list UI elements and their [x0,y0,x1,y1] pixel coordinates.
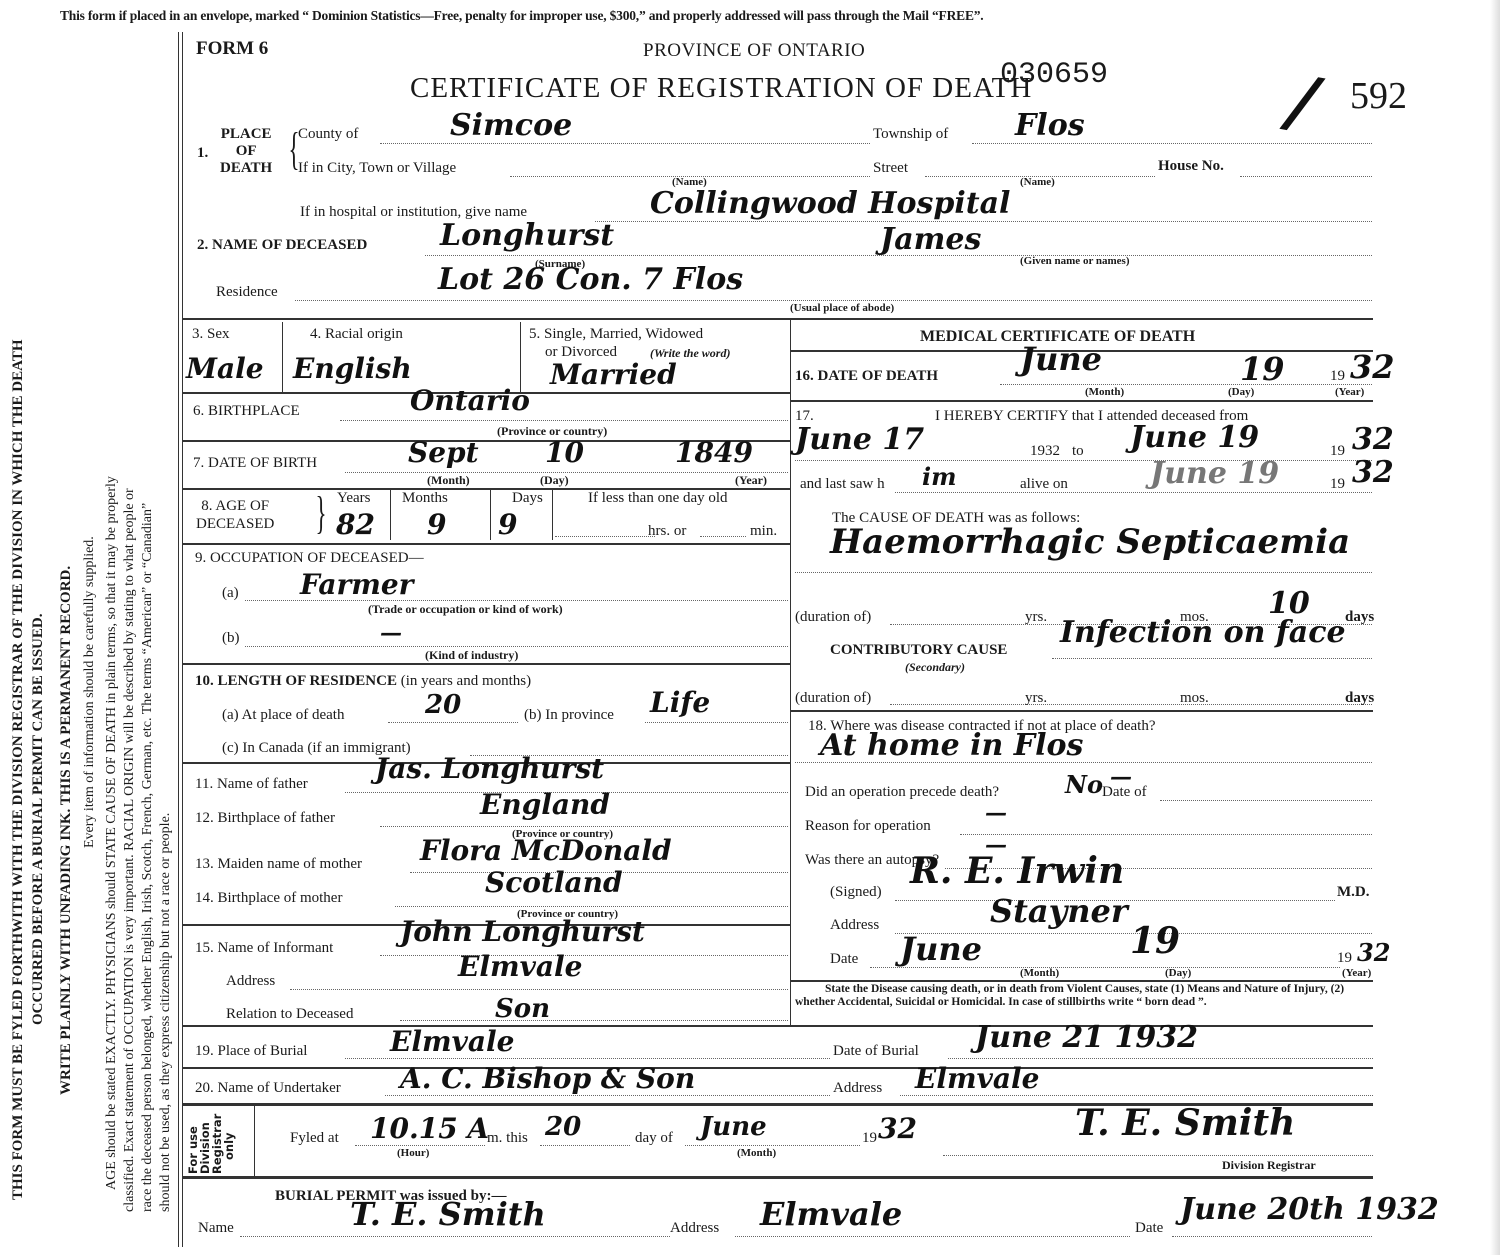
year-prefix: 19 [1337,950,1352,967]
residence-province-label: (b) In province [524,707,614,724]
age-years-field[interactable]: 82 [336,508,375,541]
informant-name-label: 15. Name of Informant [195,940,333,957]
month-hint: (Month) [427,473,470,488]
contributory-cause-field[interactable]: Infection on face [1060,616,1380,650]
minutes-label: min. [750,523,777,540]
certificate-date-day[interactable]: 19 [1130,920,1180,962]
residence-hint: (Usual place of abode) [790,302,894,314]
duration-label-2: (duration of) [795,690,871,707]
residence-province-field[interactable]: Life [650,686,710,719]
sex-label: 3. Sex [192,326,230,343]
operation-date-field[interactable]: — [1110,764,1132,790]
township-label: Township of [873,126,948,143]
month-hint: (Month) [1020,967,1059,979]
age-years-label: Years [337,490,370,507]
informant-address-field[interactable]: Elmvale [458,950,582,983]
occupation-b-label: (b) [222,630,240,647]
operation-label: Did an operation precede death? [805,784,999,801]
year-hint: (Year) [735,473,767,488]
age-months-label: Months [402,490,448,507]
form-number: FORM 6 [196,38,268,60]
year-prefix: 19 [1330,443,1345,460]
burial-place-label: 19. Place of Burial [195,1043,307,1060]
father-name-field[interactable]: Jas. Longhurst [375,752,604,785]
certificate-date-year[interactable]: 32 [1357,938,1390,967]
side-instruction-4: Every item of information should be care… [82,536,98,848]
occupation-hint: (Trade or occupation or kind of work) [368,602,563,617]
year-prefix: 19 [862,1130,877,1147]
residence-length-label: 10. LENGTH OF RESIDENCE (in years and mo… [195,673,531,690]
registrar-use-label: For use Division Registrar only [187,1114,235,1174]
permit-address-field[interactable]: Elmvale [760,1195,902,1233]
racial-origin-field[interactable]: English [293,352,412,385]
place-of-death-label: PLACE OF DEATH [220,126,272,177]
hospital-field[interactable]: Collingwood Hospital [650,186,1010,221]
year-prefix: 19 [1330,476,1345,493]
physician-address-label: Address [830,917,879,934]
page-number: 592 [1350,74,1407,118]
disease-contracted-field[interactable]: At home in Flos [820,728,1083,763]
operation-field[interactable]: No [1065,770,1103,799]
father-birthplace-label: 12. Birthplace of father [195,810,335,827]
day-hint: (Day) [1228,386,1254,398]
year-hint: (Year) [1342,967,1371,979]
dob-day-field[interactable]: 10 [545,436,584,469]
age-label: 8. AGE OF DECEASED [196,497,274,533]
age-months-field[interactable]: 9 [427,508,446,541]
md-label: M.D. [1337,884,1370,901]
dob-label: 7. DATE OF BIRTH [193,455,317,472]
side-instruction-2: OCCURRED BEFORE A BURIAL PERMIT CAN BE I… [30,614,47,1025]
hours-label: hrs. or [648,523,686,540]
occupation-label: 9. OCCUPATION OF DECEASED— [195,550,424,567]
residence-place-field[interactable]: 20 [425,690,461,720]
county-label: County of [298,126,358,143]
undertaker-address-label: Address [833,1080,882,1097]
last-saw-pronoun[interactable]: im [922,462,957,491]
informant-relation-field[interactable]: Son [495,994,550,1024]
medical-footnote: State the Disease causing death, or in d… [795,983,1380,1009]
last-saw-year-field[interactable]: 32 [1352,455,1394,490]
county-field[interactable]: Simcoe [450,108,572,143]
side-instruction-6: classified. Exact statement of OCCUPATIO… [122,488,138,1212]
yrs-label-2: yrs. [1025,690,1047,707]
permit-address-label: Address [670,1220,719,1237]
permit-name-label: Name [198,1220,234,1237]
deceased-name-label: 2. NAME OF DECEASED [197,237,367,254]
attended-from-field[interactable]: June 17 [795,422,924,457]
date-of-death-label: 16. DATE OF DEATH [795,368,938,385]
date-of-death-day[interactable]: 19 [1240,350,1285,388]
informant-address-label: Address [226,973,275,990]
burial-place-field[interactable]: Elmvale [390,1025,514,1058]
dob-month-field[interactable]: Sept [408,436,479,469]
marital-status-field[interactable]: Married [550,358,677,391]
fyled-year-field[interactable]: 32 [878,1112,917,1145]
contributory-hint: (Secondary) [905,660,965,675]
father-birthplace-field[interactable]: England [480,788,610,821]
permit-date-label: Date [1135,1220,1163,1237]
fyled-hour-field[interactable]: 10.15 A [370,1112,489,1145]
township-field[interactable]: Flos [1015,108,1085,143]
side-instruction-1: THIS FORM MUST BE FYLED FORTHWITH WITH T… [10,50,27,1200]
postal-notice: This form if placed in an envelope, mark… [60,8,983,24]
father-name-label: 11. Name of father [195,776,308,793]
physician-signature-field[interactable]: R. E. Irwin [910,850,1124,892]
hour-hint: (Hour) [397,1147,429,1159]
occupation-field[interactable]: Farmer [300,568,413,601]
informant-name-field[interactable]: John Longhurst [400,915,645,948]
undertaker-field[interactable]: A. C. Bishop & Son [400,1062,695,1095]
residence-label: Residence [216,284,278,301]
page-edge [1490,0,1500,1255]
permit-name-field[interactable]: T. E. Smith [350,1195,546,1233]
burial-date-label: Date of Burial [833,1043,919,1060]
year-hint: (Year) [1335,386,1364,398]
registrar-signature-field[interactable]: T. E. Smith [1075,1102,1295,1144]
street-label: Street [873,160,908,177]
brace: } [316,490,327,536]
certificate-title: CERTIFICATE OF REGISTRATION OF DEATH [410,72,1032,105]
residence-field[interactable]: Lot 26 Con. 7 Flos [438,262,743,297]
less-than-day-label: If less than one day old [588,490,728,507]
birthplace-label: 6. BIRTHPLACE [193,403,300,420]
days-label-2: days [1345,690,1374,707]
alive-on-label: alive on [1020,476,1068,493]
province-title: PROVINCE OF ONTARIO [643,40,865,62]
day-hint: (Day) [1165,967,1191,979]
racial-origin-label: 4. Racial origin [310,326,403,343]
city-label: If in City, Town or Village [298,160,456,177]
side-instruction-3: WRITE PLAINLY WITH UNFADING INK. THIS IS… [58,566,75,1095]
fyled-at-label: Fyled at [290,1130,339,1147]
deceased-given-name-field[interactable]: James [880,222,981,257]
marital-status-label: 5. Single, Married, Widowed [529,326,703,343]
mother-name-label: 13. Maiden name of mother [195,856,362,873]
last-saw-label: and last saw h [800,476,885,493]
given-name-hint: (Given name or names) [1020,255,1129,267]
to-label: to [1072,443,1084,460]
date-of-death-year[interactable]: 32 [1350,348,1395,386]
check-mark-icon: / [1283,58,1323,144]
fyled-month-field[interactable]: June [700,1112,767,1142]
year-prefix: 19 [1330,368,1345,385]
residence-place-label: (a) At place of death [222,707,344,724]
mother-birthplace-field[interactable]: Scotland [485,866,623,899]
industry-hint: (Kind of industry) [425,648,518,663]
date-of-death-month[interactable]: June [1020,340,1102,378]
mos-label-2: mos. [1180,690,1209,707]
registration-number: 030659 [1000,58,1108,92]
last-saw-date-field[interactable]: June 19 [1150,456,1279,491]
side-instruction-8: should not be used, as they express citi… [158,813,174,1212]
sex-field[interactable]: Male [186,352,264,385]
informant-relation-label: Relation to Deceased [226,1006,353,1023]
attended-to-year[interactable]: 32 [1352,422,1394,457]
registrar-title: Division Registrar [1222,1158,1316,1173]
physician-address-field[interactable]: Stayner [990,892,1128,930]
house-no-label: House No. [1158,158,1224,175]
duration-label: (duration of) [795,609,871,626]
place-of-death-number: 1. [197,145,208,162]
certificate-date-month[interactable]: June [900,930,982,968]
contributory-cause-label: CONTRIBUTORY CAUSE [830,642,1007,659]
side-instruction-7: race the deceased person belonged, wheth… [140,503,156,1212]
operation-reason-field[interactable]: — [985,800,1007,826]
age-days-field[interactable]: 9 [498,508,517,541]
name-hint: (Name) [1020,176,1055,188]
m-this-label: m. this [487,1130,528,1147]
mother-name-field[interactable]: Flora McDonald [420,834,672,867]
day-hint: (Day) [540,473,569,488]
occupation-a-label: (a) [222,585,239,602]
attended-to-field[interactable]: June 19 [1130,420,1259,455]
permit-date-field[interactable]: June 20th 1932 [1180,1192,1439,1227]
month-hint: (Month) [1085,386,1124,398]
attended-from-year: 1932 [1030,443,1060,460]
cause-of-death-field[interactable]: Haemorrhagic Septicaemia [830,522,1350,562]
age-days-label: Days [512,490,543,507]
industry-field[interactable]: — [380,620,402,646]
side-instruction-5: AGE should be stated EXACTLY. PHYSICIANS… [104,476,120,1190]
month-hint: (Month) [737,1147,776,1159]
yrs-label: yrs. [1025,609,1047,626]
undertaker-address-field[interactable]: Elmvale [915,1062,1039,1095]
birthplace-field[interactable]: Ontario [410,384,530,417]
fyled-day-field[interactable]: 20 [545,1112,581,1142]
undertaker-label: 20. Name of Undertaker [195,1080,341,1097]
dob-year-field[interactable]: 1849 [675,436,753,469]
burial-date-field[interactable]: June 21 1932 [975,1020,1198,1055]
deceased-surname-field[interactable]: Longhurst [440,218,614,253]
day-of-label: day of [635,1130,673,1147]
certificate-date-label: Date [830,951,858,968]
signed-label: (Signed) [830,884,882,901]
operation-reason-label: Reason for operation [805,818,931,835]
mother-birthplace-label: 14. Birthplace of mother [195,890,342,907]
